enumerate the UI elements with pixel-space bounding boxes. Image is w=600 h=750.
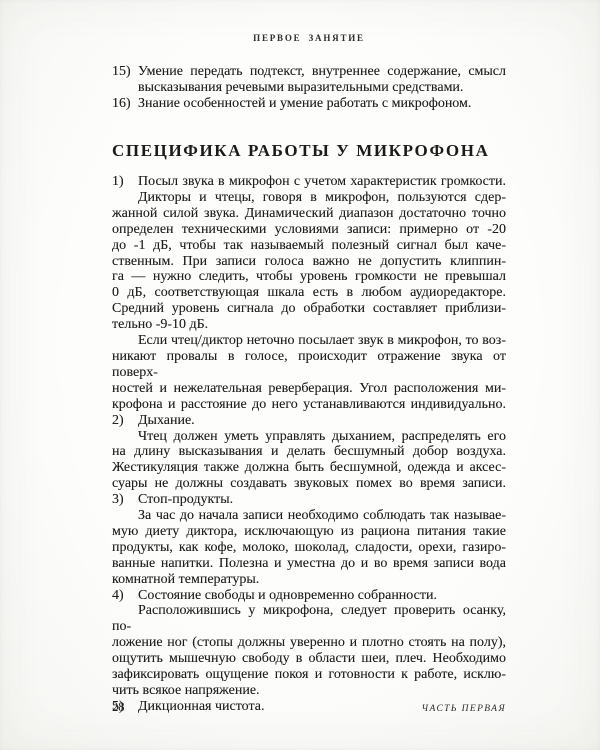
line-text: Чтец должен уметь управлять дыханием, ра… xyxy=(138,429,506,444)
body-text: 1)Посыл звука в микрофон с учетом характ… xyxy=(112,174,506,715)
list-marker: 15) xyxy=(112,64,131,80)
text-line: мую диету диктора, исключающую из рацион… xyxy=(112,524,506,540)
line-text: За час до начала записи необходимо соблю… xyxy=(138,508,506,523)
list-marker: 1) xyxy=(112,174,124,190)
line-text: Средний уровень сигнала до обработки сос… xyxy=(112,301,506,316)
text-line: до -1 дБ, чтобы так называемый полезный … xyxy=(112,238,506,254)
line-text: тельно -9-10 дБ. xyxy=(112,317,208,332)
line-text: Стоп-продукты. xyxy=(138,492,233,507)
line-text: мую диету диктора, исключающую из рацион… xyxy=(112,524,506,539)
line-text: Посыл звука в микрофон с учетом характер… xyxy=(138,174,506,189)
line-text: Жестикуляция также должна быть бесшумной… xyxy=(112,460,506,475)
numbered-line: 16)Знание особенностей и умение работать… xyxy=(112,96,506,112)
line-text: никают провалы в голосе, происходит отра… xyxy=(112,349,506,380)
line-text: крофона и расстояние до него устанавлива… xyxy=(112,397,506,412)
text-line: никают провалы в голосе, происходит отра… xyxy=(112,349,506,381)
line-text: чить всякое напряжение. xyxy=(112,683,260,698)
text-line: продукты, как кофе, молоко, шоколад, сла… xyxy=(112,540,506,556)
list-marker: 4) xyxy=(112,588,124,604)
text-line: комнатной температуры. xyxy=(112,572,506,588)
page-number: 28 xyxy=(112,700,125,715)
line-text: до -1 дБ, чтобы так называемый полезный … xyxy=(112,238,506,253)
page-footer: 28 ЧАСТЬ ПЕРВАЯ xyxy=(112,700,506,715)
running-footer: ЧАСТЬ ПЕРВАЯ xyxy=(422,704,506,714)
text-line: ственным. При записи голоса важно не доп… xyxy=(112,254,506,270)
line-text: зафиксировать ощущение покоя и готовност… xyxy=(112,667,506,682)
text-line: Расположившись у микрофона, следует пров… xyxy=(112,603,506,635)
list-marker: 16) xyxy=(112,96,131,112)
line-text: суары не должны создавать звуковых помех… xyxy=(112,476,506,491)
text-line: ощутить мышечную свободу в области шеи, … xyxy=(112,651,506,667)
numbered-line: 3)Стоп-продукты. xyxy=(112,492,506,508)
running-head: ПЕРВОЕ ЗАНЯТИЕ xyxy=(112,33,506,43)
line-text: продукты, как кофе, молоко, шоколад, сла… xyxy=(112,540,506,555)
text-line: зафиксировать ощущение покоя и готовност… xyxy=(112,667,506,683)
text-line: Дикторы и чтецы, говоря в микрофон, поль… xyxy=(112,190,506,206)
line-text: Расположившись у микрофона, следует пров… xyxy=(112,603,506,634)
line-text: определен техническими условиями записи:… xyxy=(112,222,506,237)
text-line: ностей и нежелательная реверберация. Уго… xyxy=(112,381,506,397)
text-line: на длину высказывания и делать бесшумный… xyxy=(112,444,506,460)
list-marker: 3) xyxy=(112,492,124,508)
text-line: тельно -9-10 дБ. xyxy=(112,317,506,333)
text-line: Средний уровень сигнала до обработки сос… xyxy=(112,301,506,317)
line-text: 0 дБ, соответствующая шкала есть в любом… xyxy=(112,285,506,300)
line-text: на длину высказывания и делать бесшумный… xyxy=(112,444,506,459)
text-line: Чтец должен уметь управлять дыханием, ра… xyxy=(112,429,506,445)
line-text: Дикторы и чтецы, говоря в микрофон, поль… xyxy=(138,190,506,205)
line-text: ностей и нежелательная реверберация. Уго… xyxy=(112,381,506,396)
line-text: Знание особенностей и умение работать с … xyxy=(138,96,471,111)
list-marker: 2) xyxy=(112,413,124,429)
line-text: жанной силой звука. Динамический диапазо… xyxy=(112,206,506,221)
line-text: высказывания речевыми выразительными сре… xyxy=(138,80,463,95)
line-text: ственным. При записи голоса важно не доп… xyxy=(112,254,506,269)
line-text: комнатной температуры. xyxy=(112,572,259,587)
numbered-line: 1)Посыл звука в микрофон с учетом характ… xyxy=(112,174,506,190)
line-text: Если чтец/диктор неточно посылает звук в… xyxy=(138,333,506,348)
line-text: га — нужно следить, чтобы уровень громко… xyxy=(112,269,506,284)
text-line: За час до начала записи необходимо соблю… xyxy=(112,508,506,524)
scanned-book-page: ПЕРВОЕ ЗАНЯТИЕ 15)Умение передать подтек… xyxy=(0,0,600,750)
line-text: Умение передать подтекст, внутреннее сод… xyxy=(138,64,506,79)
text-line: ванные напитки. Полезна и уместна до и в… xyxy=(112,556,506,572)
text-line: жанной силой звука. Динамический диапазо… xyxy=(112,206,506,222)
numbered-line: 4)Состояние свободы и одновременно собра… xyxy=(112,588,506,604)
text-line: чить всякое напряжение. xyxy=(112,683,506,699)
line-text: ощутить мышечную свободу в области шеи, … xyxy=(112,651,506,666)
text-line: Если чтец/диктор неточно посылает звук в… xyxy=(112,333,506,349)
line-text: Дыхание. xyxy=(138,413,195,428)
numbered-line: 15)Умение передать подтекст, внутреннее … xyxy=(112,64,506,80)
text-line: суары не должны создавать звуковых помех… xyxy=(112,476,506,492)
text-line: определен техническими условиями записи:… xyxy=(112,222,506,238)
text-line: высказывания речевыми выразительными сре… xyxy=(112,80,506,96)
section-title: СПЕЦИФИКА РАБОТЫ У МИКРОФОНА xyxy=(112,141,506,161)
intro-list: 15)Умение передать подтекст, внутреннее … xyxy=(112,64,506,112)
text-line: Жестикуляция также должна быть бесшумной… xyxy=(112,460,506,476)
line-text: Состояние свободы и одновременно собранн… xyxy=(138,588,437,603)
numbered-line: 2)Дыхание. xyxy=(112,413,506,429)
line-text: ложение ног (стопы должны уверенно и пло… xyxy=(112,635,506,650)
text-line: 0 дБ, соответствующая шкала есть в любом… xyxy=(112,285,506,301)
line-text: ванные напитки. Полезна и уместна до и в… xyxy=(112,556,506,571)
text-line: ложение ног (стопы должны уверенно и пло… xyxy=(112,635,506,651)
text-line: га — нужно следить, чтобы уровень громко… xyxy=(112,269,506,285)
text-line: крофона и расстояние до него устанавлива… xyxy=(112,397,506,413)
